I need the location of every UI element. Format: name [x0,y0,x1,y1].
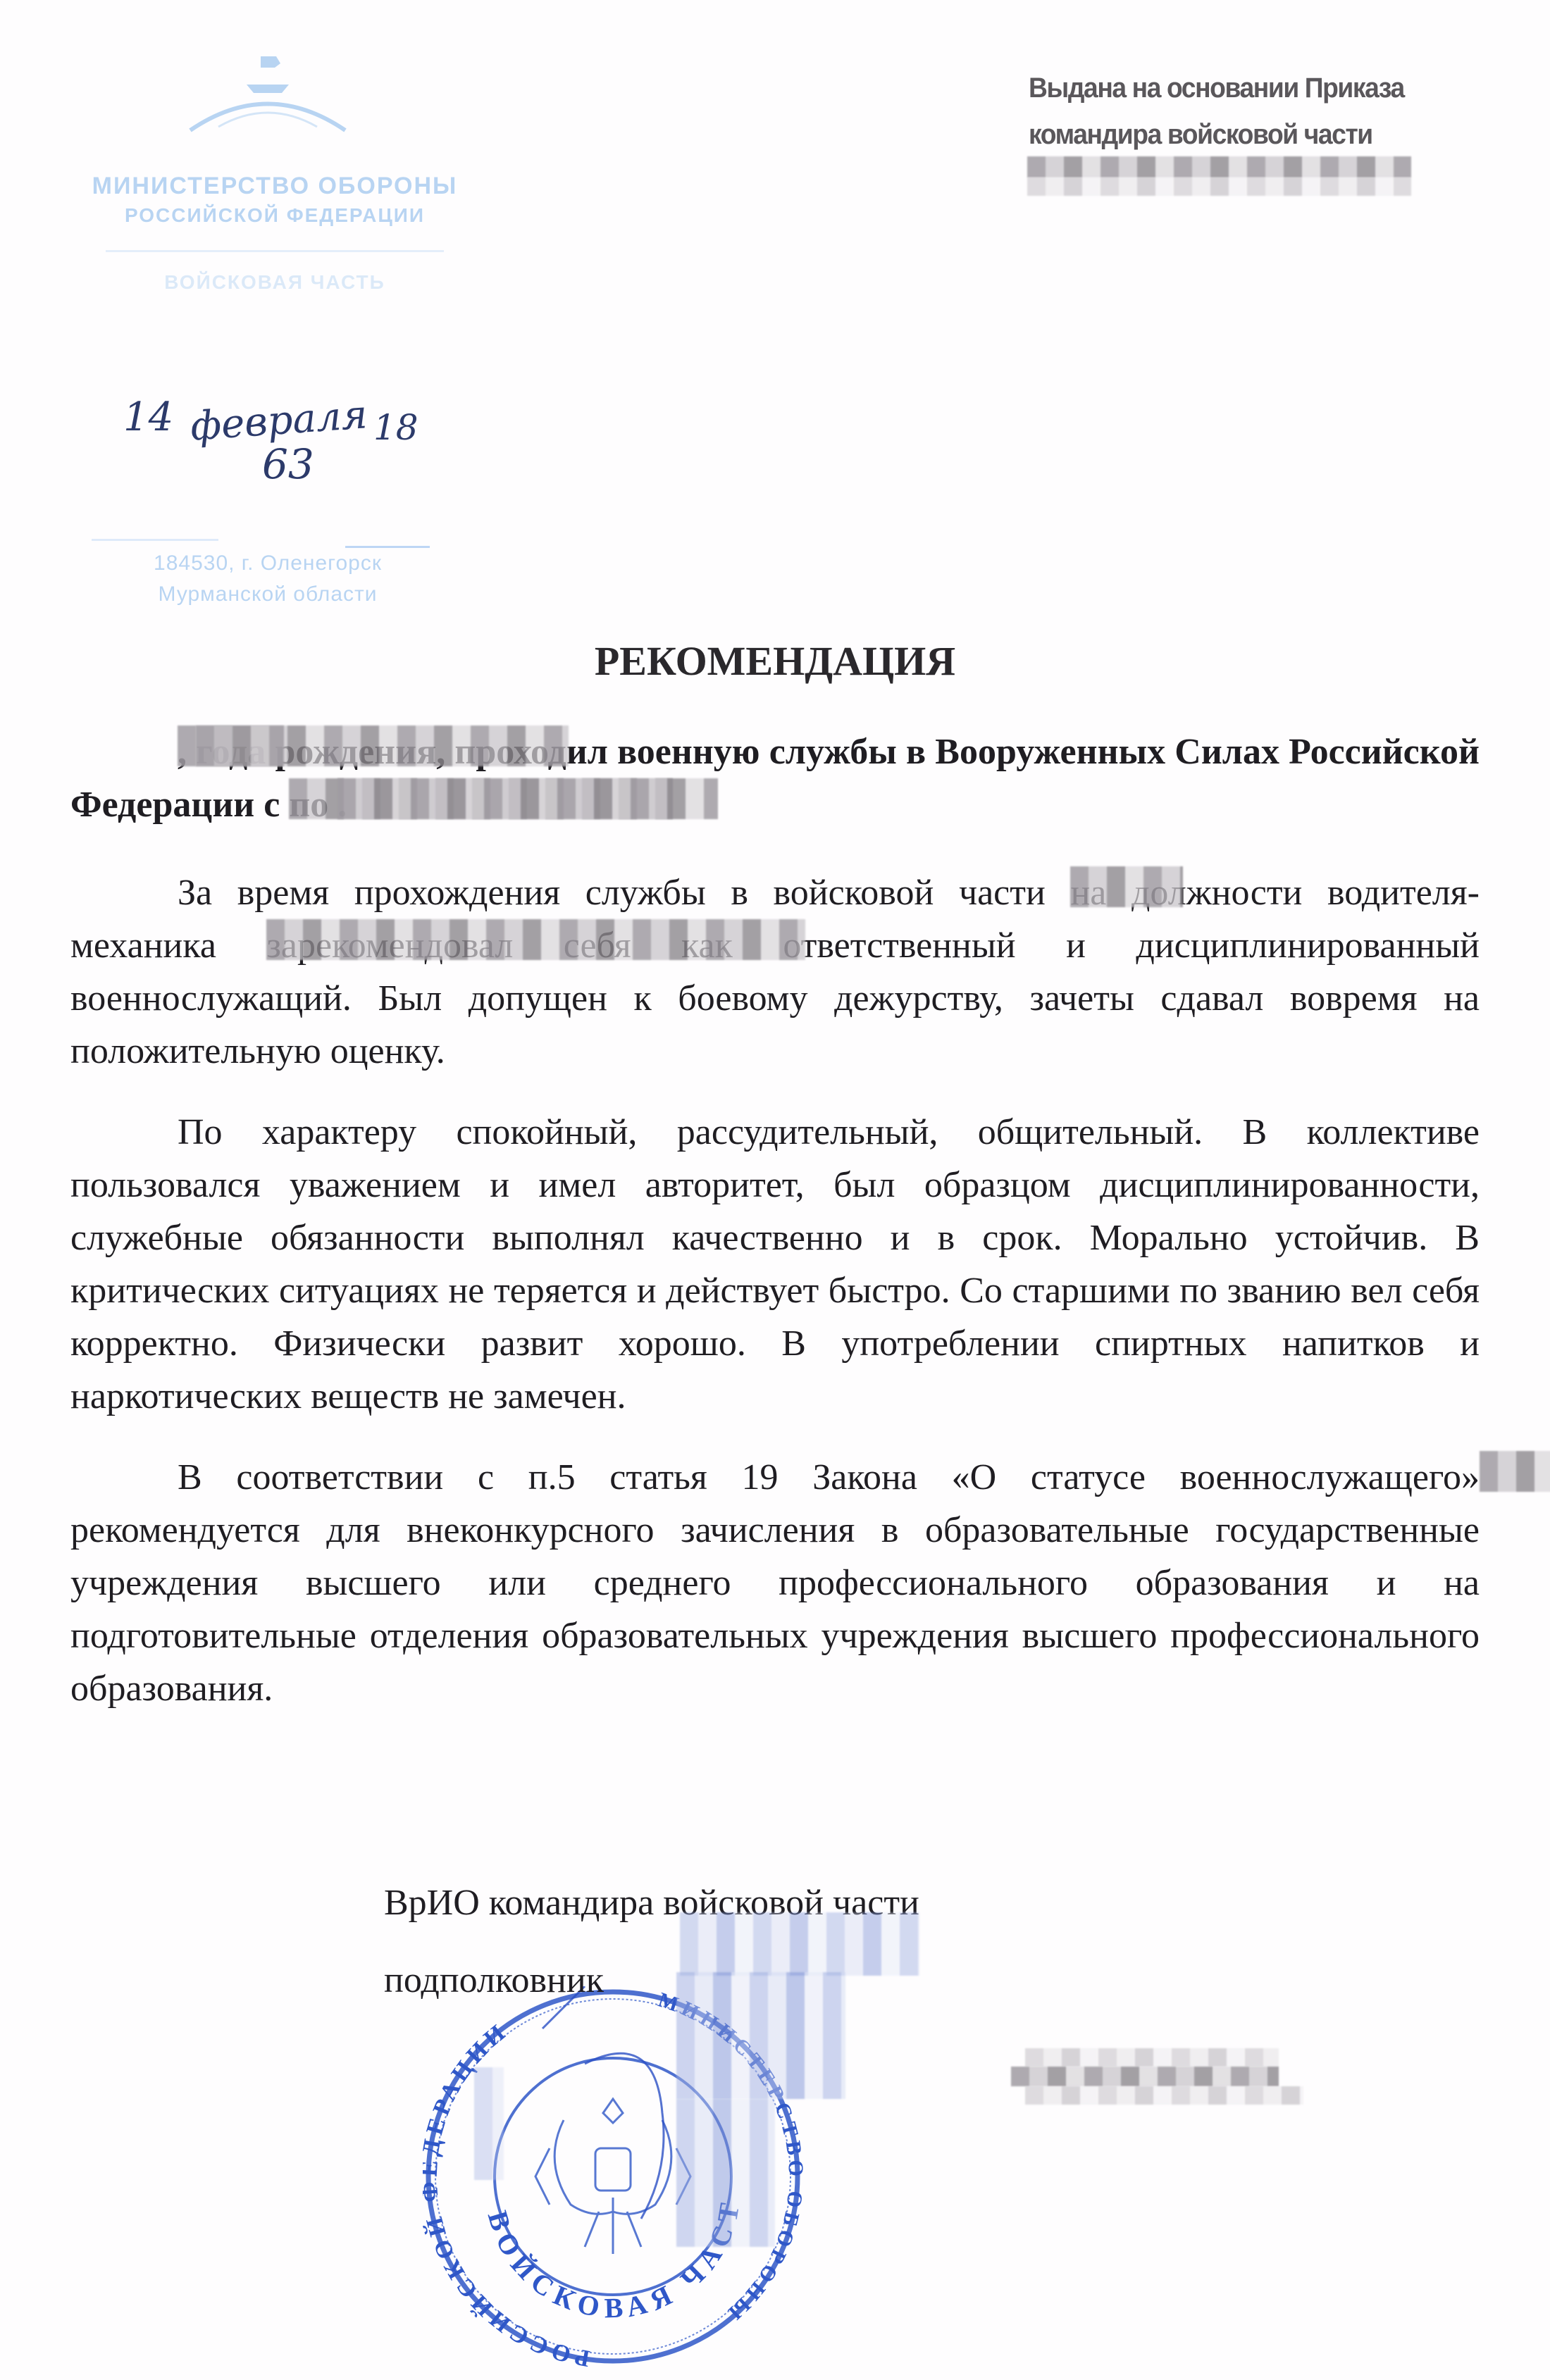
letterhead-rule [106,250,444,252]
paragraph-character: По характеру спокойный, рассудительный, … [70,1106,1480,1423]
address-line2: Мурманской области [106,579,430,610]
redacted-signature [676,2099,775,2247]
handwritten-date-year: 18 [373,407,418,448]
eagle-emblem-icon [535,2099,690,2254]
paragraph-service-period: , года рождения, проходил военную службы… [70,725,1480,831]
letterhead-org-line1: МИНИСТЕРСТВО ОБОРОНЫ [77,173,472,200]
paragraph-service-record: За время прохождения службы в войсковой … [70,866,1480,1078]
redacted-signer-name [1025,2048,1279,2067]
letterhead-org-line2: РОССИЙСКОЙ ФЕДЕРАЦИИ [77,204,472,227]
handwritten-date-day: 14 [123,394,173,440]
redacted-order-number [1027,177,1411,196]
redacted-soldier-name [266,919,805,960]
emblem-icon [176,49,359,134]
document-page: МИНИСТЕРСТВО ОБОРОНЫ РОССИЙСКОЙ ФЕДЕРАЦИ… [0,0,1550,2380]
redacted-signature [676,1972,845,2099]
redacted-soldier-name [1480,1451,1550,1492]
letterhead-stamp: МИНИСТЕРСТВО ОБОРОНЫ РОССИЙСКОЙ ФЕДЕРАЦИ… [77,28,472,613]
redacted-stamp-number [474,2067,504,2180]
document-body: , года рождения, проходил военную службы… [70,725,1480,1715]
document-title: РЕКОМЕНДАЦИЯ [0,637,1550,685]
redacted-birth-year [196,725,284,766]
redacted-unit-number [1070,866,1183,907]
address-line1: 184530, г. Оленегорск [106,548,430,579]
redacted-service-end [337,778,718,819]
issued-note-line2: командира войсковой части [1029,111,1487,158]
letterhead-org-line3: ВОЙСКОВАЯ ЧАСТЬ [77,271,472,294]
letterhead-rule [92,539,218,541]
signature-rank: подполковник [384,1960,604,2001]
issued-note: Выдана на основании Приказа командира во… [1029,65,1487,158]
issued-note-line1: Выдана на основании Приказа [1029,65,1487,111]
handwritten-number: 63 [262,440,314,488]
redacted-signature [680,1912,919,1976]
redacted-order-number [1027,156,1411,177]
redacted-signer-name [1025,2086,1303,2105]
redacted-signer-name [1011,2067,1279,2086]
paragraph-recommendation: В соответствии с п.5 статья 19 Закона «О… [70,1451,1480,1715]
letterhead-address: 184530, г. Оленегорск Мурманской области [106,548,430,610]
